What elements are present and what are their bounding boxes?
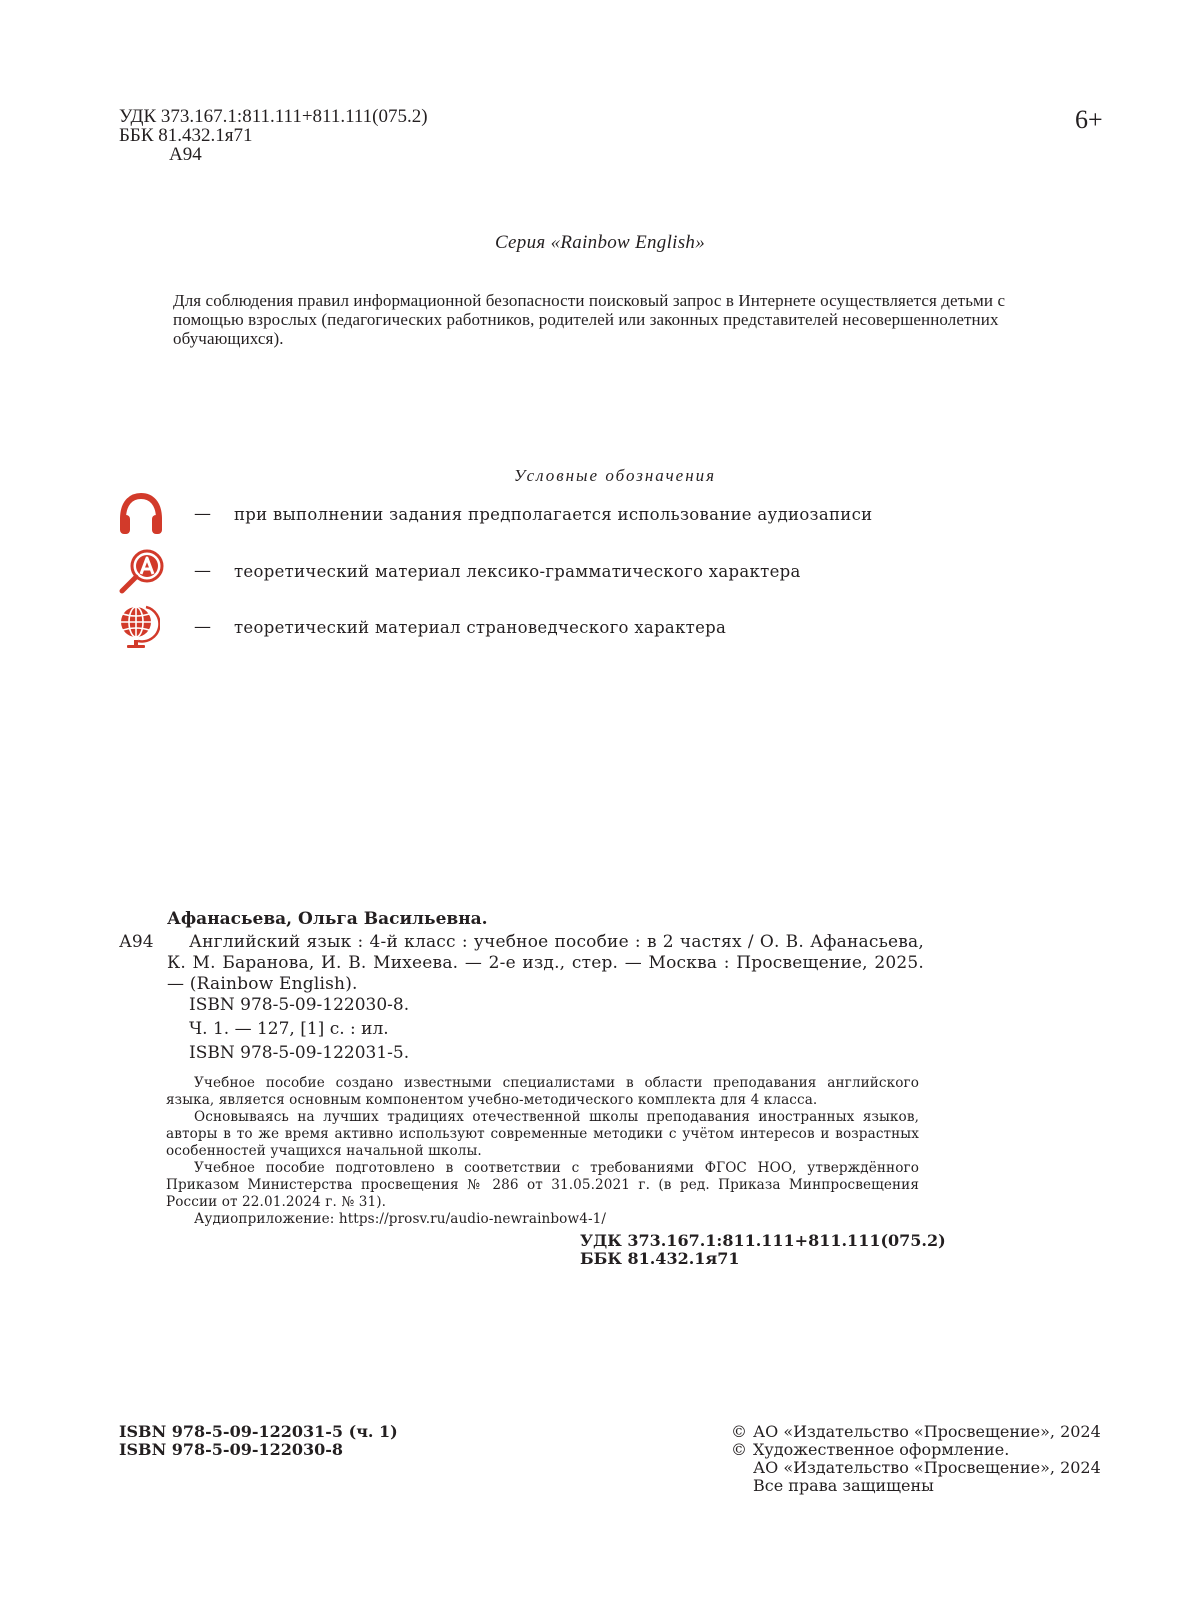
headphones-icon <box>118 491 170 537</box>
bbk-code: ББК 81.432.1я71 <box>119 126 428 145</box>
legend-dash: — <box>194 504 229 524</box>
isbn-part: ISBN 978-5-09-122031-5. <box>189 1043 409 1064</box>
author-mark: А94 <box>119 145 428 164</box>
magnifier-letter-a-icon <box>118 548 170 594</box>
annotation-paragraph: Учебное пособие создано известными специ… <box>166 1075 919 1109</box>
legend-text: теоретический материал страноведческого … <box>234 618 726 637</box>
legend-item-audio: — при выполнении задания предполагается … <box>118 491 872 537</box>
author-name: Афанасьева, Ольга Васильевна. <box>167 909 488 930</box>
legend-dash: — <box>194 617 229 637</box>
copyright-line: © АО «Издательство «Просвещение», 2024 <box>731 1423 1101 1441</box>
classification-footer: УДК 373.167.1:811.111+811.111(075.2) ББК… <box>580 1232 946 1268</box>
annotation-paragraph: Учебное пособие подготовлено в соответст… <box>166 1160 919 1211</box>
copyright-icon: © <box>731 1441 753 1459</box>
copyright-icon: © <box>731 1423 753 1441</box>
legend-text: теоретический материал лексико-грамматич… <box>234 562 801 581</box>
copyright-line: © Художественное оформление. <box>731 1441 1101 1459</box>
age-rating: 6+ <box>1075 105 1103 135</box>
legend-dash: — <box>194 561 229 581</box>
book-description: Английский язык : 4-й класс : учебное по… <box>167 932 924 995</box>
author-mark: А94 <box>119 932 154 953</box>
rights-reserved: Все права защищены <box>731 1477 1101 1495</box>
isbn-block: ISBN 978-5-09-122031-5 (ч. 1) ISBN 978-5… <box>119 1423 398 1459</box>
isbn-line: ISBN 978-5-09-122030-8 <box>119 1441 398 1459</box>
annotation: Учебное пособие создано известными специ… <box>166 1075 919 1228</box>
safety-notice: Для соблюдения правил информационной без… <box>173 291 1073 348</box>
series-title: Серия «Rainbow English» <box>0 232 1200 254</box>
annotation-paragraph: Основываясь на лучших традициях отечеств… <box>166 1109 919 1160</box>
udk-code: УДК 373.167.1:811.111+811.111(075.2) <box>580 1232 946 1250</box>
legend-item-culture: — теоретический материал страноведческог… <box>118 604 726 650</box>
legend-item-grammar: — теоретический материал лексико-граммат… <box>118 548 801 594</box>
copyright-line: АО «Издательство «Просвещение», 2024 <box>731 1459 1101 1477</box>
legend-title: Условные обозначения <box>0 466 1200 486</box>
bbk-code: ББК 81.432.1я71 <box>580 1250 946 1268</box>
copyright-block: © АО «Издательство «Просвещение», 2024 ©… <box>731 1423 1101 1495</box>
isbn-set: ISBN 978-5-09-122030-8. <box>189 995 409 1016</box>
audio-link[interactable]: Аудиоприложение: https://prosv.ru/audio-… <box>166 1211 919 1228</box>
part-info: Ч. 1. — 127, [1] с. : ил. <box>189 1019 389 1040</box>
isbn-line: ISBN 978-5-09-122031-5 (ч. 1) <box>119 1423 398 1441</box>
legend-text: при выполнении задания предполагается ис… <box>234 505 872 524</box>
globe-icon <box>118 604 170 650</box>
classification-header: УДК 373.167.1:811.111+811.111(075.2) ББК… <box>119 107 428 164</box>
udk-code: УДК 373.167.1:811.111+811.111(075.2) <box>119 107 428 126</box>
